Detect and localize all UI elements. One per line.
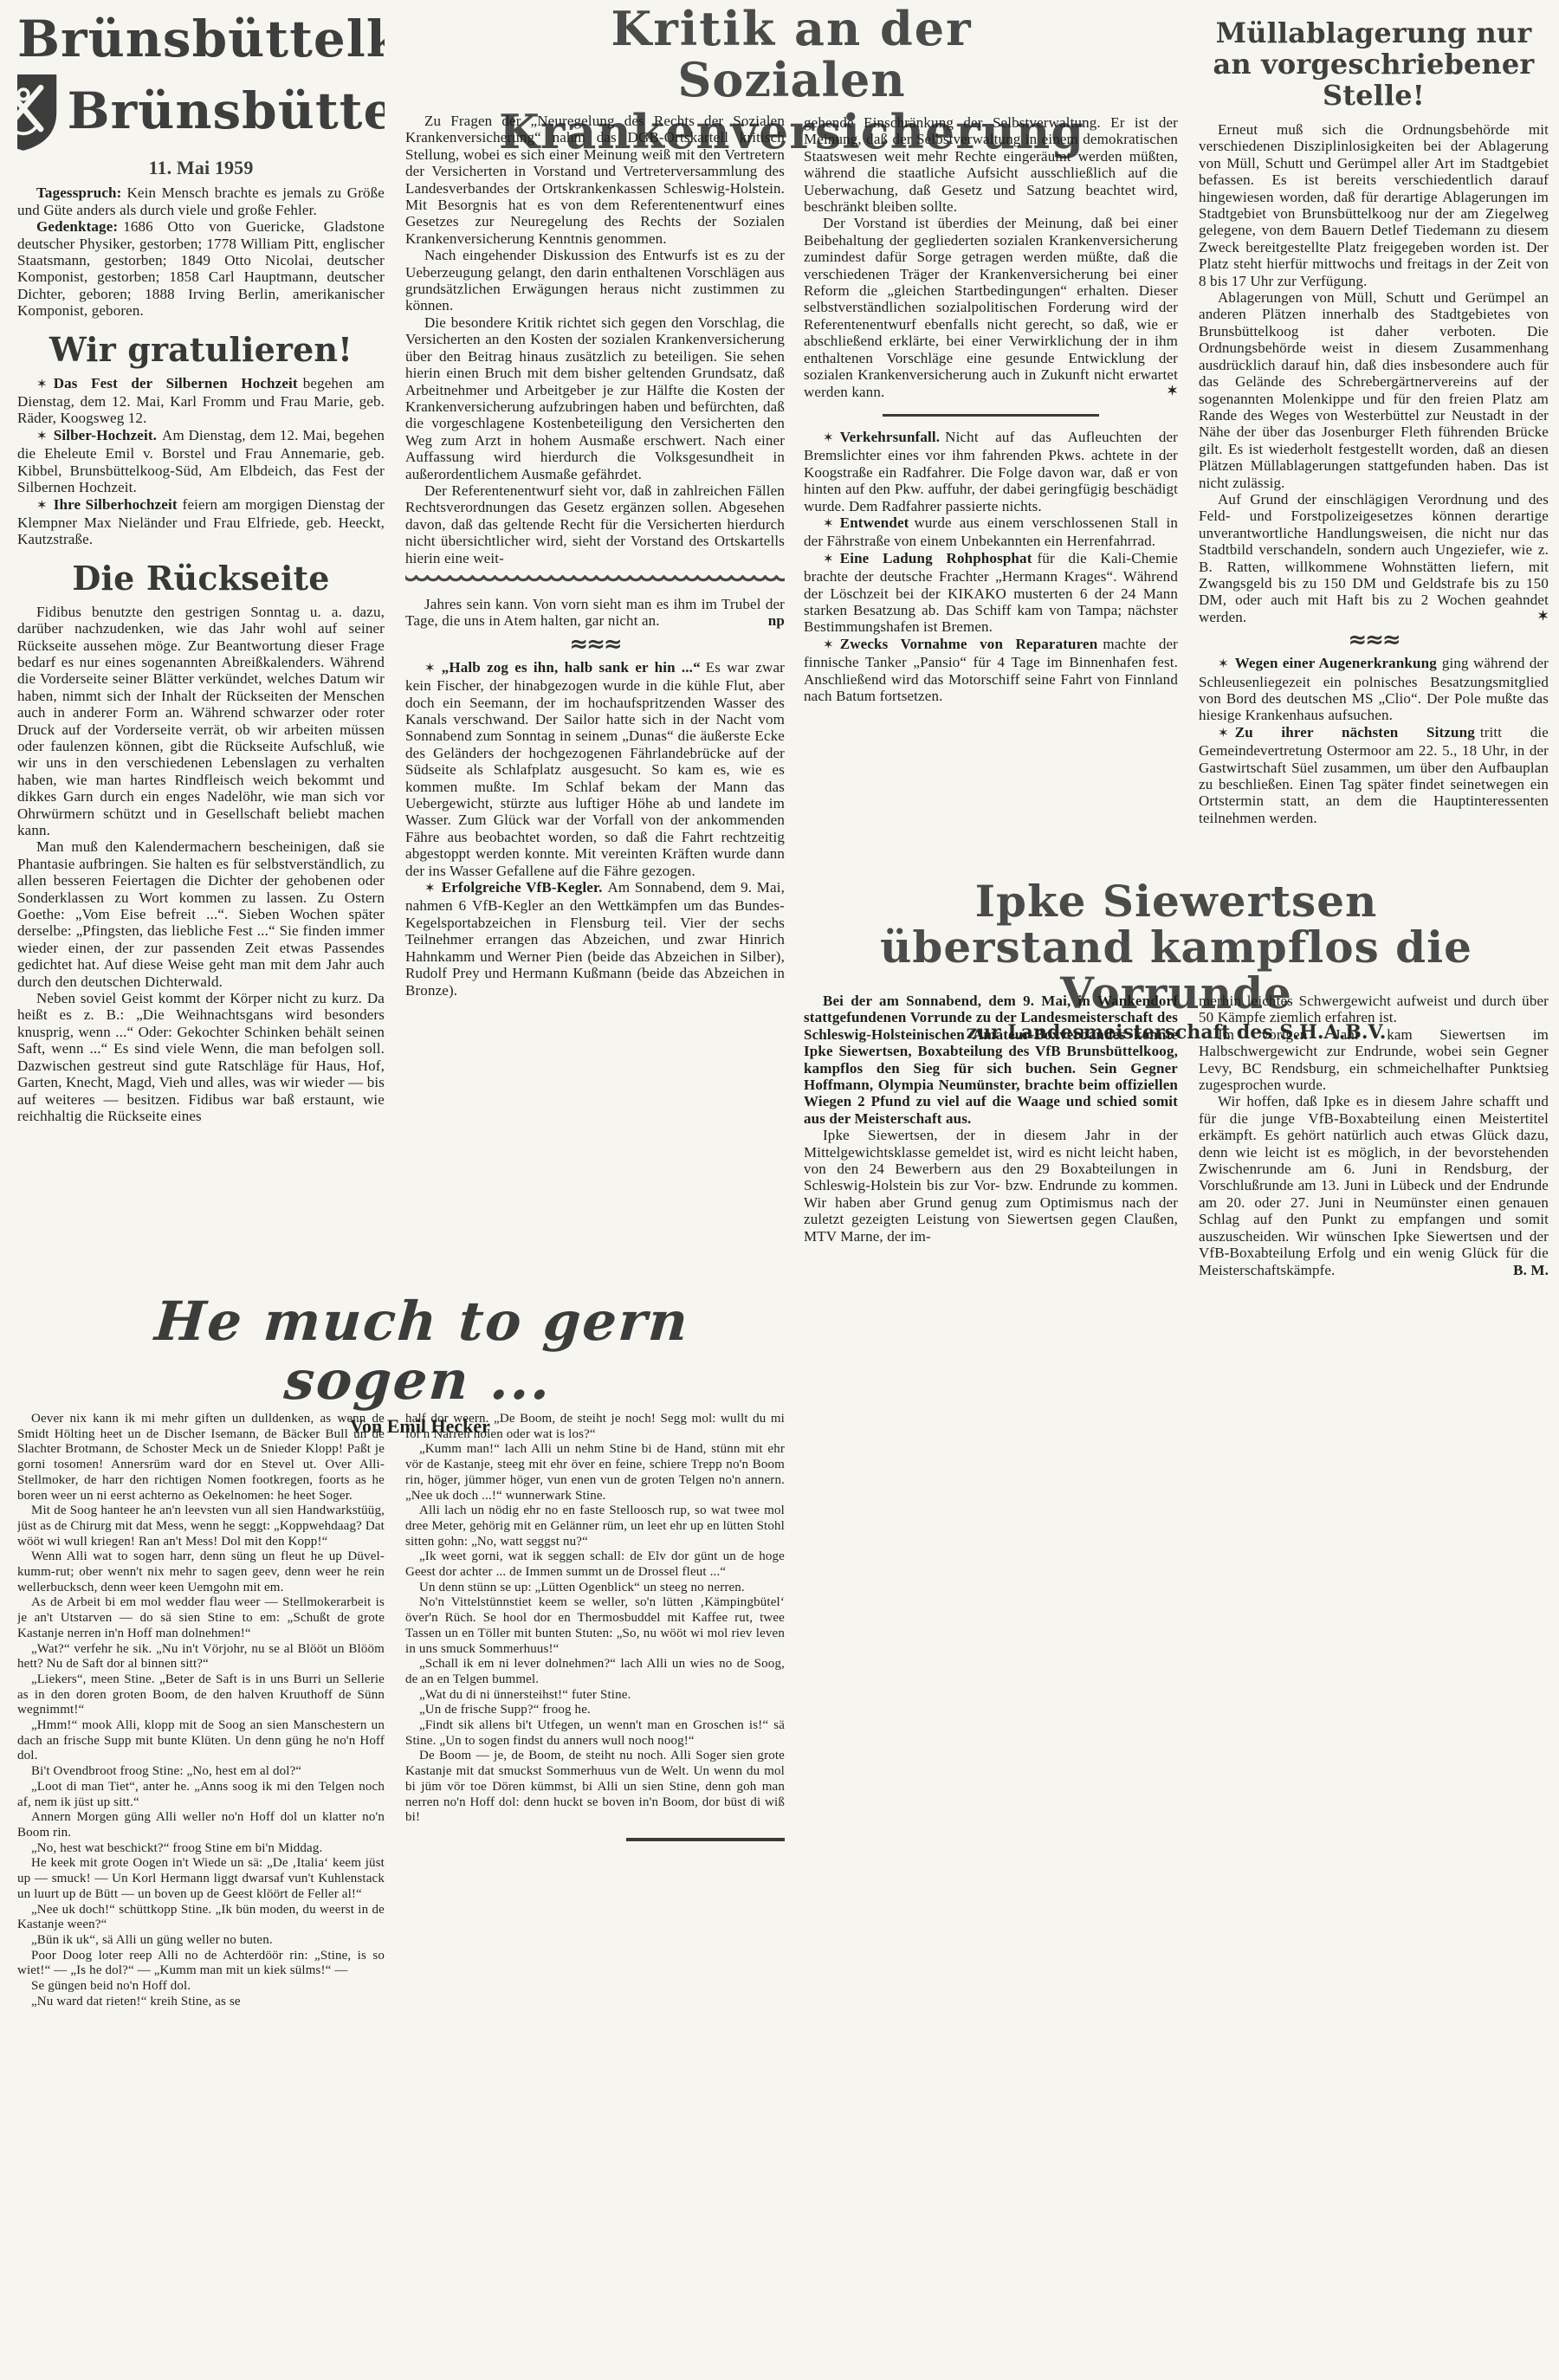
tagesspruch-author: Gladstone bbox=[305, 218, 385, 235]
kritik-paragraph-text: Der Vorstand ist überdies der Meinung, d… bbox=[804, 215, 1178, 399]
story-end-rule bbox=[626, 1838, 785, 1841]
filler-paragraph: Jahres sein kann. Von vorn sieht man es … bbox=[405, 596, 785, 630]
platt-paragraph: „Wat du di ni ünnersteihst!“ futer Stine… bbox=[405, 1688, 785, 1704]
ipke-paragraph: merhin leichtes Schwergewicht aufweist u… bbox=[1199, 993, 1549, 1026]
ipke-paragraph-text: Wir hoffen, daß Ipke es in diesem Jahre … bbox=[1199, 1093, 1549, 1277]
star-icon: ✶ bbox=[823, 638, 834, 652]
news-item: ✶Entwendetwurde aus einem verschlossenen… bbox=[804, 514, 1178, 550]
headline-muell-line2: an vorgeschriebener Stelle! bbox=[1213, 48, 1535, 112]
news-item: ✶Wegen einer Augenerkrankungging während… bbox=[1199, 655, 1549, 724]
rueckseite-paragraph: Man muß den Kalendermachern bescheinigen… bbox=[17, 838, 385, 990]
news-item: ✶Zu ihrer nächsten Sitzungtritt die Geme… bbox=[1199, 724, 1549, 826]
masthead: Brünsbüttelkoog Brünsbüttel 1 bbox=[17, 12, 385, 176]
platt-column-right: half dor weern. „De Boom, de steiht je n… bbox=[405, 1412, 785, 2378]
star-icon: ✶ bbox=[424, 882, 436, 896]
platt-paragraph: No'n Vittelstünnstiet keem se weller, so… bbox=[405, 1595, 785, 1657]
item-lead: Zu ihrer nächsten Sitzung bbox=[1235, 724, 1475, 741]
platt-paragraph: Mit de Soog hanteer he an'n leevsten vun… bbox=[17, 1504, 385, 1549]
item-lead: Silber-Hochzeit. bbox=[54, 427, 157, 443]
gratulation-item: ✶Silber-Hochzeit.Am Dienstag, dem 12. Ma… bbox=[17, 427, 385, 496]
platt-paragraph: „Nu ward dat rieten!“ kreih Stine, as se bbox=[17, 1995, 385, 2010]
heading-die-rueckseite: Die Rückseite bbox=[17, 560, 385, 597]
headline-ipke-line1: Ipke Siewertsen bbox=[804, 878, 1549, 924]
squiggle-divider: ≈≈≈ bbox=[405, 635, 785, 654]
platt-paragraph: Bi't Ovendbroot froog Stine: „No, hest e… bbox=[17, 1764, 385, 1780]
item-lead: Erfolgreiche VfB-Kegler. bbox=[442, 879, 603, 896]
platt-paragraph: „Bün ik uk“, sä Alli un güng weller no b… bbox=[17, 1933, 385, 1949]
platt-paragraph: „Un de frische Supp?“ froog he. bbox=[405, 1703, 785, 1718]
ipke-column-left: Bei der am Sonnabend, dem 9. Mai, in Wan… bbox=[804, 993, 1178, 1426]
headline-muellablagerung: Müllablagerung nur an vorgeschriebener S… bbox=[1199, 17, 1549, 111]
news-item: ✶„Halb zog es ihn, halb sank er hin ...“… bbox=[405, 659, 785, 879]
star-icon: ✶ bbox=[1218, 727, 1229, 741]
star-icon: ✶ bbox=[1218, 657, 1229, 671]
item-lead: Das Fest der Silbernen Hochzeit bbox=[54, 375, 298, 391]
item-lead: Wegen einer Augenerkrankung bbox=[1235, 655, 1437, 671]
kritik-paragraph: Nach eingehender Diskussion des Entwurfs… bbox=[405, 247, 785, 314]
column-3: gehende Einschränkung der Selbstverwaltu… bbox=[804, 114, 1178, 878]
news-item: ✶Eine Ladung Rohphosphatfür die Kali-Che… bbox=[804, 550, 1178, 636]
rueckseite-paragraph: Fidibus benutzte den gestrigen Sonntag u… bbox=[17, 604, 385, 839]
column-right: Müllablagerung nur an vorgeschriebener S… bbox=[1199, 14, 1549, 889]
platt-paragraph: As de Arbeit bi em mol wedder flau weer … bbox=[17, 1595, 385, 1641]
platt-paragraph: „Schall ik em ni lever dolnehmen?“ lach … bbox=[405, 1657, 785, 1687]
platt-paragraph: Un denn stünn se up: „Lütten Ogenblick“ … bbox=[405, 1581, 785, 1596]
filler-signature: np bbox=[749, 612, 785, 629]
rueckseite-paragraph: Neben soviel Geist kommt der Körper nich… bbox=[17, 990, 385, 1124]
platt-paragraph: „No, hest wat beschickt?“ froog Stine em… bbox=[17, 1841, 385, 1857]
news-item: ✶Erfolgreiche VfB-Kegler.Am Sonnabend, d… bbox=[405, 879, 785, 999]
kritik-paragraph: Der Referentenentwurf sieht vor, daß in … bbox=[405, 482, 785, 566]
news-item: ✶Zwecks Vornahme von Reparaturenmachte d… bbox=[804, 636, 1178, 705]
platt-paragraph: „Nee uk doch!“ schüttkopp Stine. „Ik bün… bbox=[17, 1903, 385, 1933]
platt-paragraph: half dor weern. „De Boom, de steiht je n… bbox=[405, 1412, 785, 1442]
headline-kritik-line1: Kritik an der bbox=[405, 3, 1178, 54]
star-icon: ✶ bbox=[1148, 384, 1178, 400]
masthead-date: 11. Mai 1959 bbox=[17, 159, 385, 176]
squiggle-divider: ≈≈≈ bbox=[1199, 631, 1549, 650]
column-2: Zu Fragen der „Neuregelung des Rechts de… bbox=[405, 113, 785, 1301]
kritik-paragraph: gehende Einschränkung der Selbstverwaltu… bbox=[804, 114, 1178, 215]
filler-text: Jahres sein kann. Von vorn sieht man es … bbox=[405, 596, 785, 629]
platt-paragraph: „Hmm!“ mook Alli, klopp mit de Soog an s… bbox=[17, 1718, 385, 1764]
wavy-divider bbox=[405, 575, 785, 587]
crest-shield-icon bbox=[17, 69, 61, 152]
item-lead: Eine Ladung Rohphosphat bbox=[840, 550, 1032, 566]
ipke-paragraph: Im vorigen Jahr kam Siewertsen im Halbsc… bbox=[1199, 1026, 1549, 1094]
masthead-title-line2: Brünsbüttel bbox=[68, 85, 385, 137]
newspaper-page: Brünsbüttelkoog Brünsbüttel 1 bbox=[0, 0, 1559, 2380]
headline-muell-line1: Müllablagerung nur bbox=[1216, 16, 1532, 49]
platt-paragraph: „Loot di man Tiet“, anter he. „Anns soog… bbox=[17, 1780, 385, 1810]
masthead-title-line1: Brünsbüttelkoog bbox=[17, 12, 385, 66]
kritik-paragraph: Der Vorstand ist überdies der Meinung, d… bbox=[804, 215, 1178, 399]
platt-paragraph: „Ik weet gorni, wat ik seggen schall: de… bbox=[405, 1549, 785, 1580]
column-left: Brünsbüttelkoog Brünsbüttel 1 bbox=[17, 12, 385, 1303]
muell-paragraph-text: Auf Grund der einschlägigen Verordnung u… bbox=[1199, 491, 1549, 625]
star-icon: ✶ bbox=[36, 499, 48, 513]
platt-paragraph: He keek mit grote Oogen in't Wiede un sä… bbox=[17, 1856, 385, 1902]
tagesspruch: Tagesspruch:Kein Mensch brachte es jemal… bbox=[17, 184, 385, 218]
platt-paragraph: Se güngen beid no'n Hoff dol. bbox=[17, 1979, 385, 1995]
platt-paragraph: „Liekers“, meen Stine. „Beter de Saft is… bbox=[17, 1672, 385, 1718]
muell-paragraph: Erneut muß sich die Ordnungsbehörde mit … bbox=[1199, 121, 1549, 289]
ipke-column-right: merhin leichtes Schwergewicht aufweist u… bbox=[1199, 993, 1549, 1426]
platt-paragraph: „Wat?“ verfehr he sik. „Nu in't Vörjohr,… bbox=[17, 1642, 385, 1672]
gratulation-item: ✶Ihre Silberhochzeitfeiern am morgigen D… bbox=[17, 496, 385, 548]
platt-paragraph: De Boom — je, de Boom, de steiht nu noch… bbox=[405, 1749, 785, 1826]
masthead-title-row: Brünsbüttel bbox=[17, 69, 385, 152]
item-lead: Verkehrsunfall. bbox=[840, 429, 940, 445]
muell-paragraph: Ablagerungen von Müll, Schutt und Gerümp… bbox=[1199, 289, 1549, 491]
star-icon: ✶ bbox=[424, 662, 436, 676]
item-text: Am Sonnabend, dem 9. Mai, nahmen 6 VfB-K… bbox=[405, 879, 785, 998]
platt-paragraph: Alli lach un nödig ehr no en faste Stell… bbox=[405, 1504, 785, 1549]
star-icon: ✶ bbox=[823, 517, 834, 531]
section-rule bbox=[883, 414, 1099, 417]
item-lead: Entwendet bbox=[840, 514, 909, 531]
kritik-paragraph: Zu Fragen der „Neuregelung des Rechts de… bbox=[405, 113, 785, 247]
news-item: ✶Verkehrsunfall.Nicht auf das Aufleuchte… bbox=[804, 429, 1178, 514]
platt-paragraph: Wenn Alli wat to sogen harr, denn süng u… bbox=[17, 1549, 385, 1595]
tagesspruch-label: Tagesspruch: bbox=[36, 184, 121, 201]
platt-column-left: Oever nix kann ik mi mehr giften un dull… bbox=[17, 1412, 385, 2378]
gratulation-item: ✶Das Fest der Silbernen Hochzeitbegehen … bbox=[17, 375, 385, 427]
star-icon: ✶ bbox=[823, 431, 834, 445]
platt-paragraph: „Kumm man!“ lach Alli un nehm Stine bi d… bbox=[405, 1442, 785, 1504]
ipke-paragraph: Bei der am Sonnabend, dem 9. Mai, in Wan… bbox=[804, 993, 1178, 1127]
star-icon: ✶ bbox=[36, 430, 48, 443]
platt-paragraph: Oever nix kann ik mi mehr giften un dull… bbox=[17, 1412, 385, 1504]
item-lead: Zwecks Vornahme von Reparaturen bbox=[840, 636, 1098, 652]
gedenktage-label: Gedenktage: bbox=[36, 218, 118, 235]
platt-paragraph: Poor Doog loter reep Alli no de Achterdö… bbox=[17, 1949, 385, 1979]
ipke-paragraph: Ipke Siewertsen, der in diesem Jahr in d… bbox=[804, 1127, 1178, 1245]
platt-story-title: He much to gern sogen ... bbox=[48, 1292, 792, 1410]
ipke-paragraph: Wir hoffen, daß Ipke es in diesem Jahre … bbox=[1199, 1093, 1549, 1277]
kritik-paragraph: Die besondere Kritik richtet sich gegen … bbox=[405, 314, 785, 482]
heading-wir-gratulieren: Wir gratulieren! bbox=[17, 332, 385, 368]
star-icon: ✶ bbox=[36, 378, 48, 391]
star-icon: ✶ bbox=[1518, 609, 1549, 625]
platt-paragraph: „Findt sik allens bi't Utfegen, un wenn'… bbox=[405, 1718, 785, 1749]
muell-paragraph: Auf Grund der einschlägigen Verordnung u… bbox=[1199, 491, 1549, 625]
platt-paragraph: Annern Morgen güng Alli weller no'n Hoff… bbox=[17, 1810, 385, 1840]
star-icon: ✶ bbox=[823, 553, 834, 566]
item-lead: Ihre Silberhochzeit bbox=[54, 496, 178, 513]
item-lead: „Halb zog es ihn, halb sank er hin ...“ bbox=[442, 659, 701, 676]
item-text: Es war zwar kein Fischer, der hinabgezog… bbox=[405, 659, 785, 879]
ipke-signature: B. M. bbox=[1494, 1262, 1549, 1278]
